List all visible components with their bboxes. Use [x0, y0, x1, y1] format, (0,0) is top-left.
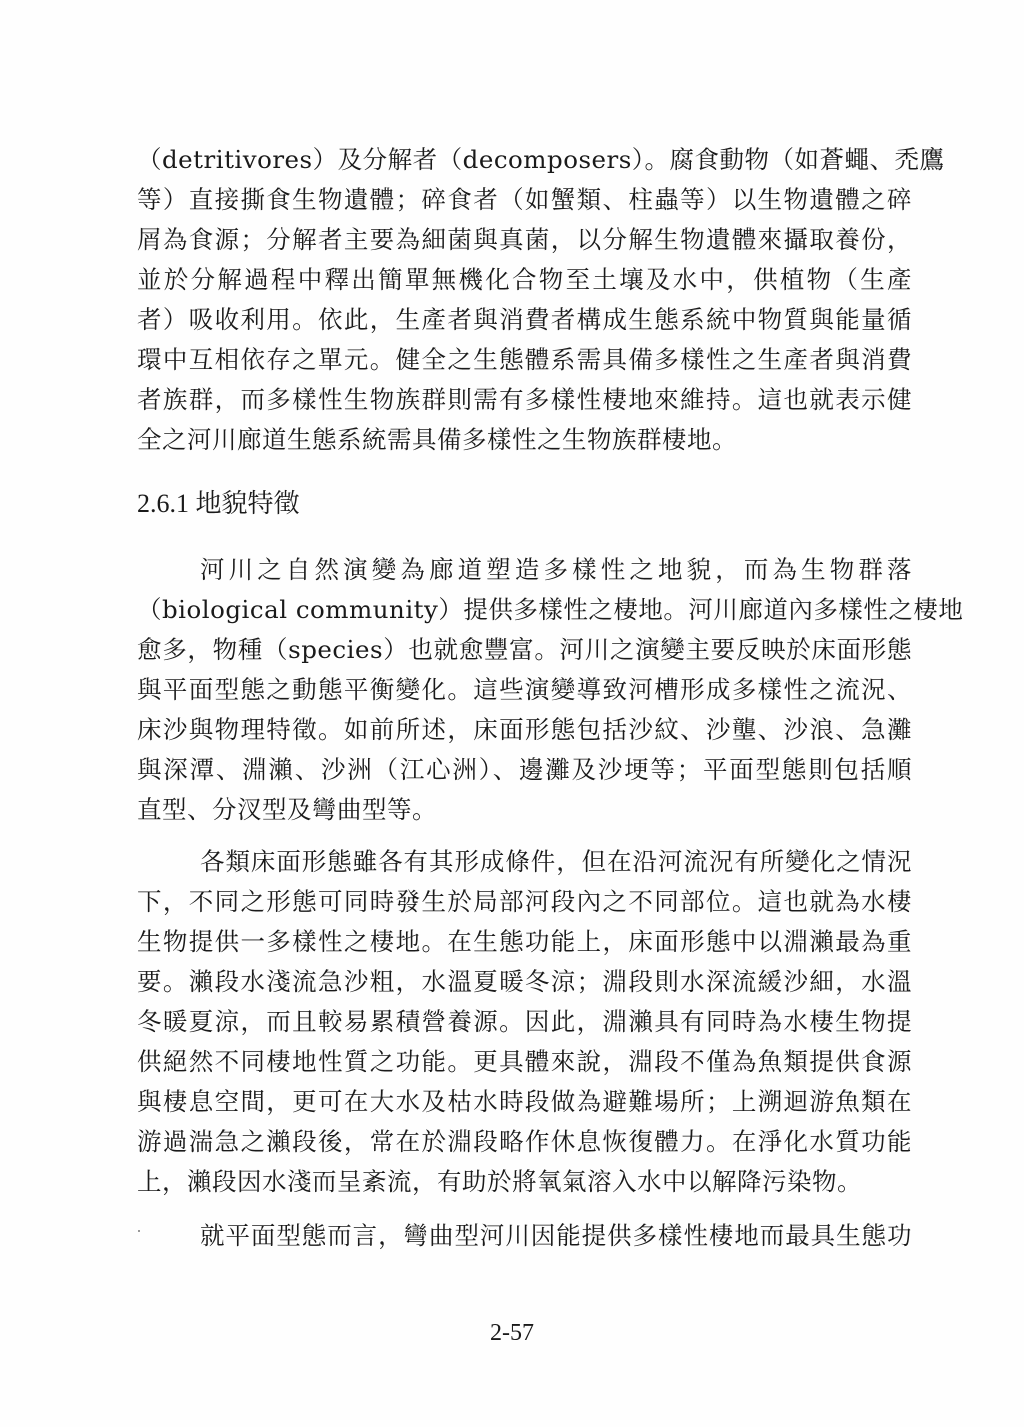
paragraph-3-line-2: 下，不同之形態可同時發生於局部河段內之不同部位。這也就為水棲 [137, 882, 912, 922]
paragraph-3-line-5: 冬暖夏涼，而且較易累積營養源。因此，淵瀨具有同時為水棲生物提 [137, 1002, 912, 1042]
paragraph-3-line-3: 生物提供一多樣性之棲地。在生態功能上，床面形態中以淵瀨最為重 [137, 922, 912, 962]
paragraph-1-line-3: 屑為食源；分解者主要為細菌與真菌，以分解生物遺體來攝取養份， [137, 220, 912, 260]
paragraph-2-line-2: （biological community）提供多樣性之棲地。河川廊道內多樣性之… [137, 590, 912, 630]
section-heading: 2.6.1 地貌特徵 [137, 484, 300, 524]
paragraph-4-line-1: 就平面型態而言，彎曲型河川因能提供多樣性棲地而最具生態功 [200, 1216, 912, 1256]
paragraph-3-line-4: 要。瀨段水淺流急沙粗，水溫夏暖冬涼；淵段則水深流緩沙細，水溫 [137, 962, 912, 1002]
paragraph-3-line-1: 各類床面形態雖各有其形成條件，但在沿河流況有所變化之情況 [200, 842, 912, 882]
paragraph-1-line-8: 全之河川廊道生態系統需具備多樣性之生物族群棲地。 [137, 420, 912, 460]
paragraph-2-line-1: 河川之自然演變為廊道塑造多樣性之地貌，而為生物群落 [200, 550, 912, 590]
paragraph-1-line-2: 等）直接撕食生物遺體；碎食者（如蟹類、柱蟲等）以生物遺體之碎 [137, 180, 912, 220]
paragraph-1-line-4: 並於分解過程中釋出簡單無機化合物至土壤及水中，供植物（生產 [137, 260, 912, 300]
paragraph-2-line-3: 愈多，物種（species）也就愈豐富。河川之演變主要反映於床面形態 [137, 630, 912, 670]
page-number: 2-57 [0, 1320, 1024, 1347]
paragraph-2-line-5: 床沙與物理特徵。如前所述，床面形態包括沙紋、沙壟、沙浪、急灘 [137, 710, 912, 750]
paragraph-3-line-7: 與棲息空間，更可在大水及枯水時段做為避難場所；上溯迴游魚類在 [137, 1082, 912, 1122]
scan-speck [138, 1230, 140, 1232]
paragraph-1-line-6: 環中互相依存之單元。健全之生態體系需具備多樣性之生產者與消費 [137, 340, 912, 380]
paragraph-1-line-1: （detritivores）及分解者（decomposers）。腐食動物（如蒼蠅… [137, 140, 912, 180]
paragraph-2-line-4: 與平面型態之動態平衡變化。這些演變導致河槽形成多樣性之流況、 [137, 670, 912, 710]
paragraph-1-line-7: 者族群，而多樣性生物族群則需有多樣性棲地來維持。這也就表示健 [137, 380, 912, 420]
paragraph-3-line-9: 上，瀨段因水淺而呈紊流，有助於將氧氣溶入水中以解降污染物。 [137, 1162, 912, 1202]
paragraph-3-line-8: 游過湍急之瀨段後，常在於淵段略作休息恢復體力。在淨化水質功能 [137, 1122, 912, 1162]
document-page: （detritivores）及分解者（decomposers）。腐食動物（如蒼蠅… [0, 0, 1024, 1427]
paragraph-3-line-6: 供絕然不同棲地性質之功能。更具體來說，淵段不僅為魚類提供食源 [137, 1042, 912, 1082]
paragraph-1-line-5: 者）吸收利用。依此，生產者與消費者構成生態系統中物質與能量循 [137, 300, 912, 340]
paragraph-2-line-6: 與深潭、淵瀨、沙洲（江心洲）、邊灘及沙埂等；平面型態則包括順 [137, 750, 912, 790]
paragraph-2-line-7: 直型、分汊型及彎曲型等。 [137, 790, 912, 830]
